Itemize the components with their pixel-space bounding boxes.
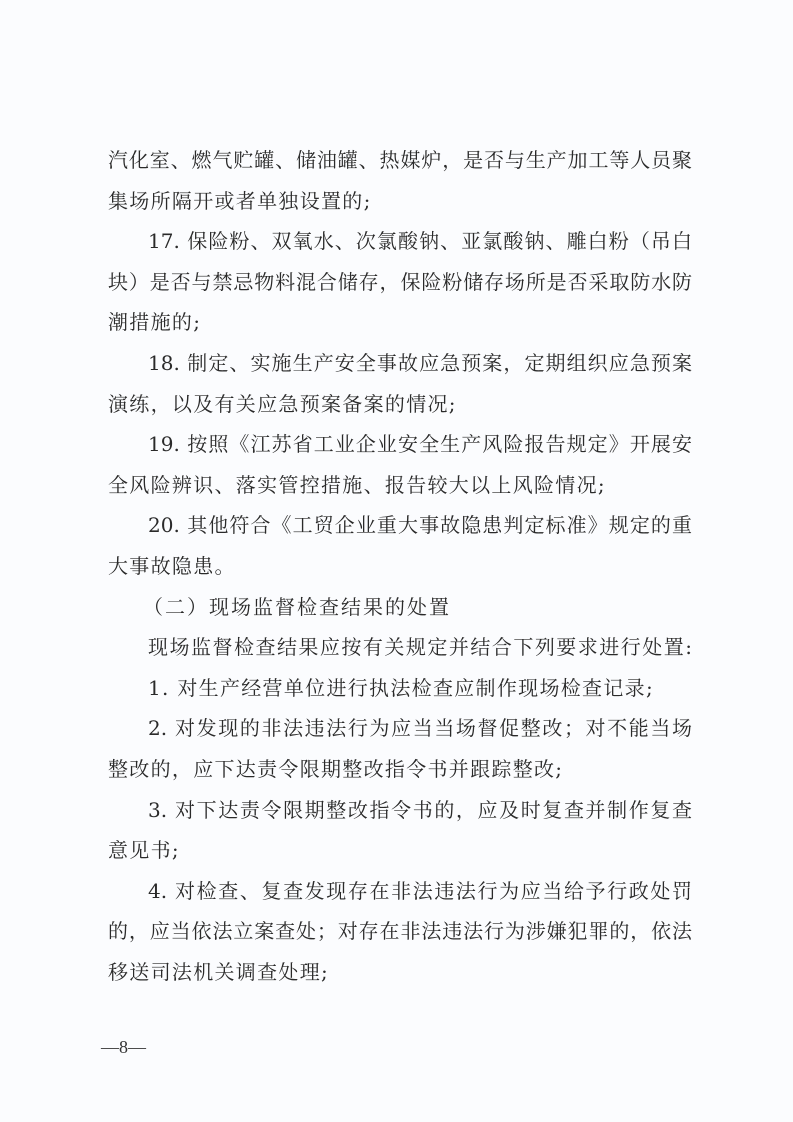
text-line-point3: 3. 对下达责令限期整改指令书的，应及时复查并制作复查 xyxy=(108,790,692,831)
text-line-item19: 19. 按照《江苏省工业企业安全生产风险报告规定》开展安 xyxy=(108,424,692,465)
text-line-point2-end: 整改的，应下达责令限期整改指令书并跟踪整改; xyxy=(108,749,692,790)
text-line-item17: 17. 保险粉、双氧水、次氯酸钠、亚氯酸钠、雕白粉（吊白 xyxy=(108,221,692,262)
text-line-item18: 18. 制定、实施生产安全事故应急预案，定期组织应急预案 xyxy=(108,343,692,384)
text-line-item18-end: 演练，以及有关应急预案备案的情况; xyxy=(108,384,692,425)
document-page: 汽化室、燃气贮罐、储油罐、热媒炉，是否与生产加工等人员聚 集场所隔开或者单独设置… xyxy=(0,0,793,1122)
text-line-item19-end: 全风险辨识、落实管控措施、报告较大以上风险情况; xyxy=(108,465,692,506)
document-body: 汽化室、燃气贮罐、储油罐、热媒炉，是否与生产加工等人员聚 集场所隔开或者单独设置… xyxy=(108,140,692,992)
page-number: —8— xyxy=(101,1037,146,1058)
text-line-intro: 现场监督检查结果应按有关规定并结合下列要求进行处置: xyxy=(108,627,692,668)
text-line-item17-end: 潮措施的; xyxy=(108,302,692,343)
section-heading: （二）现场监督检查结果的处置 xyxy=(108,587,692,628)
text-line-item17-cont: 块）是否与禁忌物料混合储存，保险粉储存场所是否采取防水防 xyxy=(108,262,692,303)
text-line-point4-end: 移送司法机关调查处理; xyxy=(108,952,692,993)
text-line-point3-end: 意见书; xyxy=(108,830,692,871)
text-line-point1: 1. 对生产经营单位进行执法检查应制作现场检查记录; xyxy=(108,668,692,709)
text-line-item16-end: 集场所隔开或者单独设置的; xyxy=(108,181,692,222)
text-line-item20: 20. 其他符合《工贸企业重大事故隐患判定标准》规定的重 xyxy=(108,505,692,546)
text-line-item16-cont: 汽化室、燃气贮罐、储油罐、热媒炉，是否与生产加工等人员聚 xyxy=(108,140,692,181)
text-line-point4-cont: 的，应当依法立案查处；对存在非法违法行为涉嫌犯罪的，依法 xyxy=(108,911,692,952)
text-line-point2: 2. 对发现的非法违法行为应当当场督促整改；对不能当场 xyxy=(108,708,692,749)
text-line-item20-end: 大事故隐患。 xyxy=(108,546,692,587)
text-line-point4: 4. 对检查、复查发现存在非法违法行为应当给予行政处罚 xyxy=(108,871,692,912)
